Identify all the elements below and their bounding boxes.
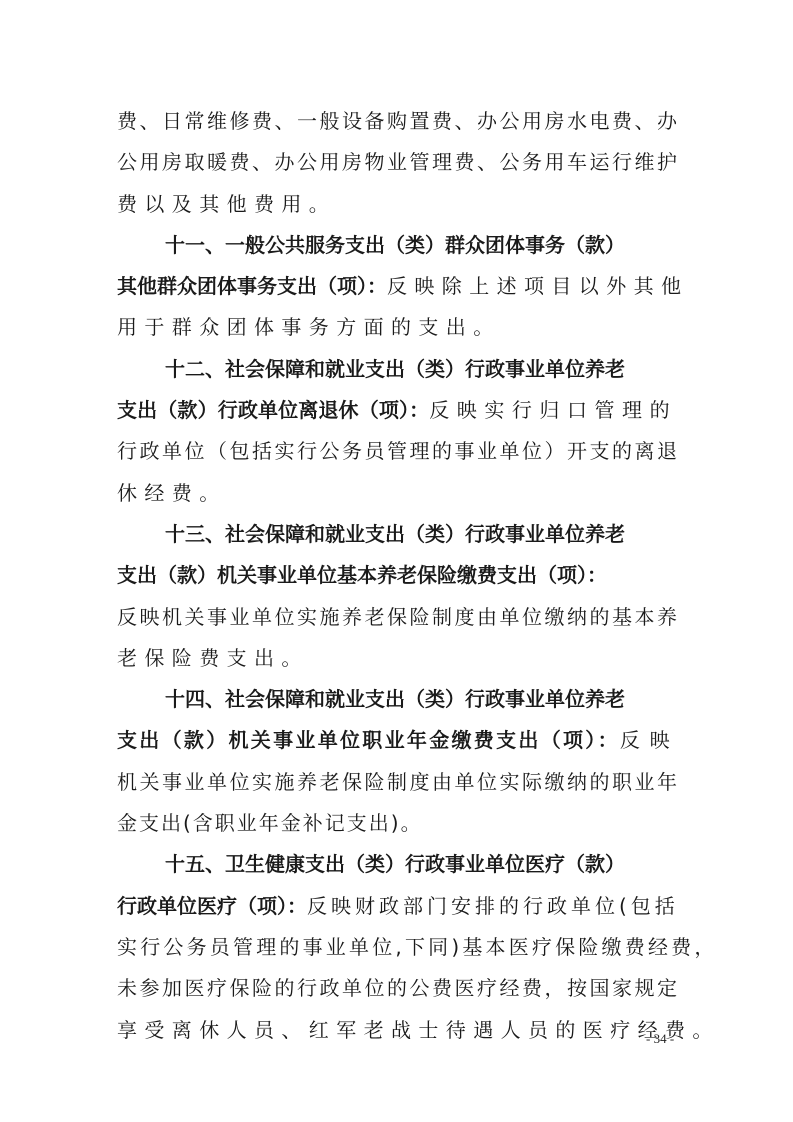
section-heading-bold: 支出（款）行政单位离退休（项）： — [117, 398, 429, 422]
body-line: 机关事业单位实施养老保险制度由单位实际缴纳的职业年 — [117, 762, 677, 803]
section-heading-bold: 支出（款）机关事业单位职业年金缴费支出（项）： — [117, 728, 620, 752]
section-heading-bold: 其他群众团体事务支出（项）： — [117, 274, 387, 298]
body-line: 实行公务员管理的事业单位,下同)基本医疗保险缴费经费， — [117, 927, 677, 968]
body-line: 享受离休人员、红军老战士待遇人员的医疗经费。 — [117, 1010, 677, 1051]
section-heading-15: 十五、卫生健康支出（类）行政事业单位医疗（款） — [117, 844, 677, 885]
section-heading-15-line2: 行政单位医疗（项）：反映财政部门安排的行政单位(包括 — [117, 886, 677, 927]
page-number: - 34 - — [646, 1031, 674, 1047]
body-line: 未参加医疗保险的行政单位的公费医疗经费，按国家规定 — [117, 968, 677, 1009]
section-heading-14-line2: 支出（款）机关事业单位职业年金缴费支出（项）：反映 — [117, 720, 677, 761]
section-heading-11: 十一、一般公共服务支出（类）群众团体事务（款） — [117, 225, 677, 266]
body-line: 用于群众团体事务方面的支出。 — [117, 307, 677, 348]
document-page: 费、日常维修费、一般设备购置费、办公用房水电费、办 公用房取暖费、办公用房物业管… — [117, 101, 677, 1051]
section-heading-14: 十四、社会保障和就业支出（类）行政事业单位养老 — [117, 679, 677, 720]
body-line: 金支出(含职业年金补记支出)。 — [117, 803, 677, 844]
section-heading-13-line2: 支出（款）机关事业单位基本养老保险缴费支出（项）： — [117, 555, 677, 596]
section-heading-12-line2: 支出（款）行政单位离退休（项）：反映实行归口管理的 — [117, 390, 677, 431]
body-line: 反映机关事业单位实施养老保险制度由单位缴纳的基本养 — [117, 597, 677, 638]
body-line: 公用房取暖费、办公用房物业管理费、公务用车运行维护 — [117, 142, 677, 183]
section-heading-bold: 行政单位医疗（项）： — [117, 894, 307, 918]
section-heading-12: 十二、社会保障和就业支出（类）行政事业单位养老 — [117, 349, 677, 390]
body-line: 老保险费支出。 — [117, 638, 677, 679]
body-text: 反映财政部门安排的行政单位(包括 — [307, 894, 679, 918]
body-line: 休经费。 — [117, 473, 677, 514]
body-text: 反映 — [620, 728, 677, 752]
body-line: 费以及其他费用。 — [117, 184, 677, 225]
body-line: 费、日常维修费、一般设备购置费、办公用房水电费、办 — [117, 101, 677, 142]
body-line: 行政单位（包括实行公务员管理的事业单位）开支的离退 — [117, 431, 677, 472]
section-heading-11-line2: 其他群众团体事务支出（项）：反映除上述项目以外其他 — [117, 266, 677, 307]
body-text: 反映实行归口管理的 — [429, 398, 677, 422]
section-heading-13: 十三、社会保障和就业支出（类）行政事业单位养老 — [117, 514, 677, 555]
body-text: 反映除上述项目以外其他 — [387, 274, 688, 298]
